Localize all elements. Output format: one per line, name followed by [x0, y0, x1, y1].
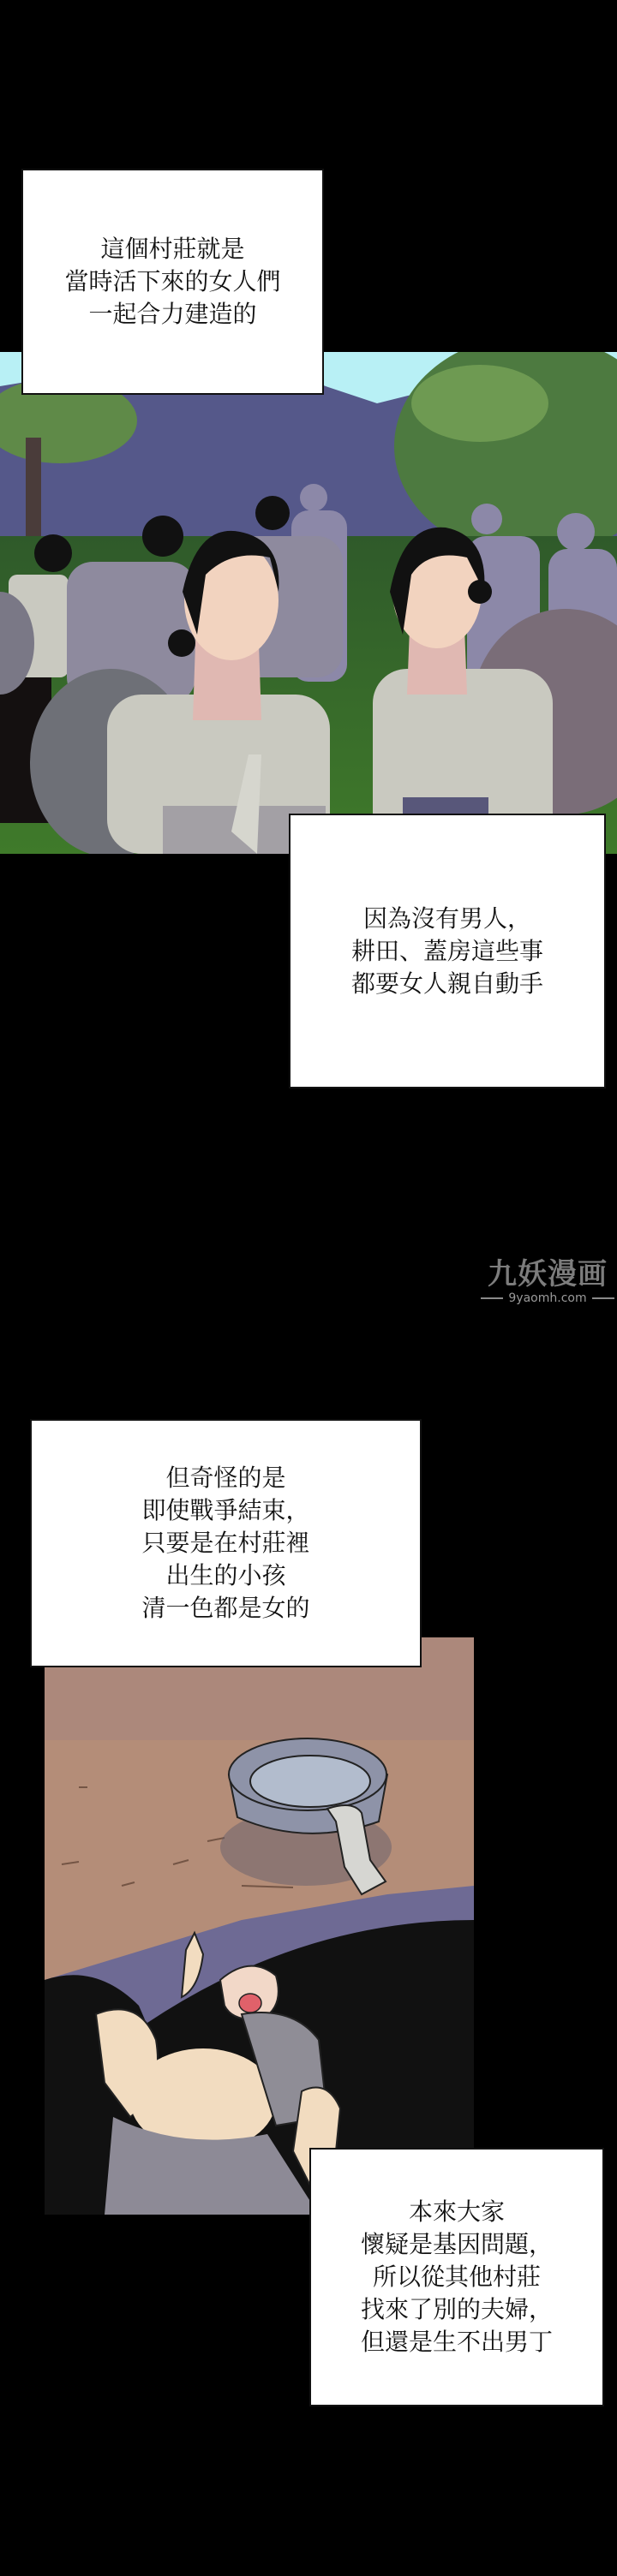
caption-line: 但奇怪的是: [141, 1462, 309, 1494]
comic-panel-childbirth: [45, 1637, 474, 2215]
village-women-illustration: [0, 352, 617, 854]
caption-box-3: 但奇怪的是 即使戰爭結束， 只要是在村莊裡 出生的小孩 清一色都是女的: [30, 1419, 422, 1667]
caption-line: 這個村莊就是: [64, 233, 280, 265]
caption-line: 清一色都是女的: [141, 1592, 309, 1625]
caption-box-1: 這個村莊就是 當時活下來的女人們 一起合力建造的: [21, 169, 324, 395]
watermark-url: 9yaomh.com: [508, 1291, 586, 1305]
watermark-title: 九妖漫画: [480, 1257, 615, 1291]
divider: [592, 1297, 614, 1299]
comic-panel-village-women: [0, 352, 617, 854]
childbirth-illustration: [45, 1637, 474, 2215]
caption-line: 出生的小孩: [141, 1559, 309, 1592]
watermark-url-row: 9yaomh.com: [480, 1291, 615, 1305]
divider: [481, 1297, 503, 1299]
caption-line: 一起合力建造的: [64, 298, 280, 331]
caption-line: 本來大家: [361, 2196, 553, 2228]
caption-line: 都要女人親自動手: [351, 968, 543, 1000]
caption-line: 因為沒有男人，: [351, 903, 543, 935]
watermark: 九妖漫画 9yaomh.com: [480, 1257, 615, 1315]
caption-box-2: 因為沒有男人， 耕田、蓋房這些事 都要女人親自動手: [289, 814, 606, 1088]
caption-line: 懷疑是基因問題，: [361, 2228, 553, 2261]
caption-line: 當時活下來的女人們: [64, 265, 280, 298]
caption-box-4: 本來大家 懷疑是基因問題， 所以從其他村莊 找來了別的夫婦， 但還是生不出男丁: [309, 2148, 604, 2406]
caption-line: 耕田、蓋房這些事: [351, 935, 543, 968]
caption-line: 但還是生不出男丁: [361, 2326, 553, 2358]
caption-line: 所以從其他村莊: [361, 2261, 553, 2293]
caption-line: 找來了別的夫婦，: [361, 2293, 553, 2326]
caption-line: 只要是在村莊裡: [141, 1527, 309, 1559]
caption-line: 即使戰爭結束，: [141, 1494, 309, 1527]
